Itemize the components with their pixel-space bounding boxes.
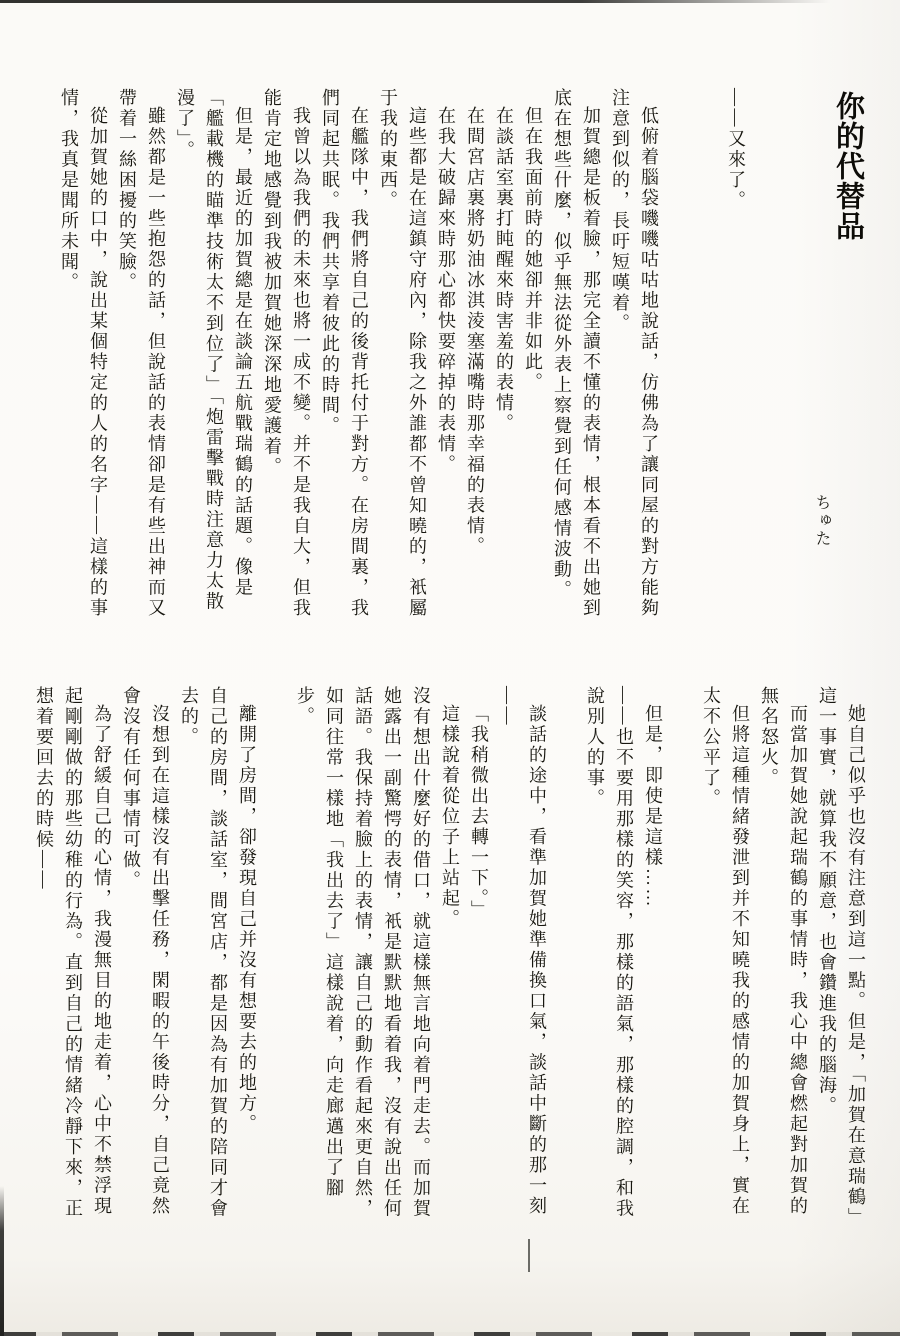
- paragraph: 但將這種情緒發泄到并不知曉我的感情的加賀身上，實在太不公平了。: [696, 686, 754, 1219]
- paragraph: 但是，最近的加賀總是在談論五航戰瑞鶴的話題。像是「艦載機的瞄準技術太不到位了」「…: [170, 88, 257, 621]
- paragraph: 為了舒緩自己的心情，我漫無目的地走着，心中不禁浮現起剛剛做的那些幼稚的行為。直到…: [29, 686, 116, 1219]
- scan-edge-left: [0, 1186, 4, 1336]
- paragraph: ——也不要用那樣的笑容，那樣的語氣，那樣的腔調，和我說別人的事。: [580, 686, 638, 1219]
- paragraph: 但在我面前時的她卻并非如此。: [518, 88, 547, 621]
- paragraph: 加賀總是板着臉，那完全讀不懂的表情，根本看不出她到底在想些什麼，似乎無法從外表上…: [547, 88, 605, 621]
- paragraph: 在談話室裏打盹醒來時害羞的表情。: [489, 88, 518, 621]
- paragraph: 我曾以為我們的未來也將一成不變。并不是我自大，但我能肯定地感覺到我被加賀她深深地…: [257, 88, 315, 621]
- paragraph: 在艦隊中，我們將自己的後背托付于對方。在房間裏，我們同起共眠。我們共享着彼此的時…: [315, 88, 373, 621]
- paragraph: 沒想到在這樣沒有出擊任務，閑暇的午後時分，自己竟然會沒有任何事情可做。: [116, 686, 174, 1219]
- paragraph: ——又來了。: [721, 88, 750, 621]
- paragraph: 她自己似乎也沒有注意到這一點。但是，「加賀在意瑞鶴」這一事實，就算我不願意，也會…: [812, 686, 870, 1219]
- paragraph: 「我稍微出去轉一下。」: [464, 686, 493, 1219]
- scan-edge-bottom: [0, 1332, 900, 1336]
- scan-edge-top: [0, 0, 830, 3]
- text-block-top: 你的代替品 ——又來了。 低俯着腦袋嘰嘰咕咕地說話，仿佛為了讓同屋的對方能夠注意…: [25, 88, 870, 621]
- paragraph: 雖然都是一些抱怨的話，但說話的表情卻是有些出神而又帶着一絲困擾的笑臉。: [112, 88, 170, 621]
- text-block-bottom: 她自己似乎也沒有注意到這一點。但是，「加賀在意瑞鶴」這一事實，就算我不願意，也會…: [25, 686, 870, 1219]
- paragraph: 這樣說着從位子上站起。: [435, 686, 464, 1219]
- paragraph: 而當加賀她說起瑞鶴的事情時，我心中總會燃起對加賀的無名怒火。: [754, 686, 812, 1219]
- paragraph: 在我大破歸來時那心都快要碎掉的表情。: [431, 88, 460, 621]
- paragraph: 談話的途中，看準加賀她準備換口氣，談話中斷的那一刻——: [493, 686, 551, 1219]
- paragraph: 從加賀她的口中，說出某個特定的人的名字——這樣的事情，我真是聞所未聞。: [54, 88, 112, 621]
- author-name: ちゅた: [810, 494, 833, 548]
- paragraph: 沒有想出什麼好的借口，就這樣無言地向着門走去。而加賀她露出一副驚愕的表情，衹是默…: [290, 686, 435, 1219]
- paragraph: 但是，即使是這樣……: [638, 686, 667, 1219]
- paragraph: 自己的房間，談話室，間宮店，都是因為有加賀的陪同才會去的。: [174, 686, 232, 1219]
- scan-artifact-line: [528, 1239, 530, 1272]
- paragraph: 低俯着腦袋嘰嘰咕咕地說話，仿佛為了讓同屋的對方能夠注意到似的，長吁短嘆着。: [605, 88, 663, 621]
- paragraph: 在間宮店裏將奶油冰淇淩塞滿嘴時那幸福的表情。: [460, 88, 489, 621]
- paragraph: 這些都是在這鎮守府內，除我之外誰都不曾知曉的，衹屬于我的東西。: [373, 88, 431, 621]
- paragraph: 離開了房間，卻發現自己并沒有想要去的地方。: [232, 686, 261, 1219]
